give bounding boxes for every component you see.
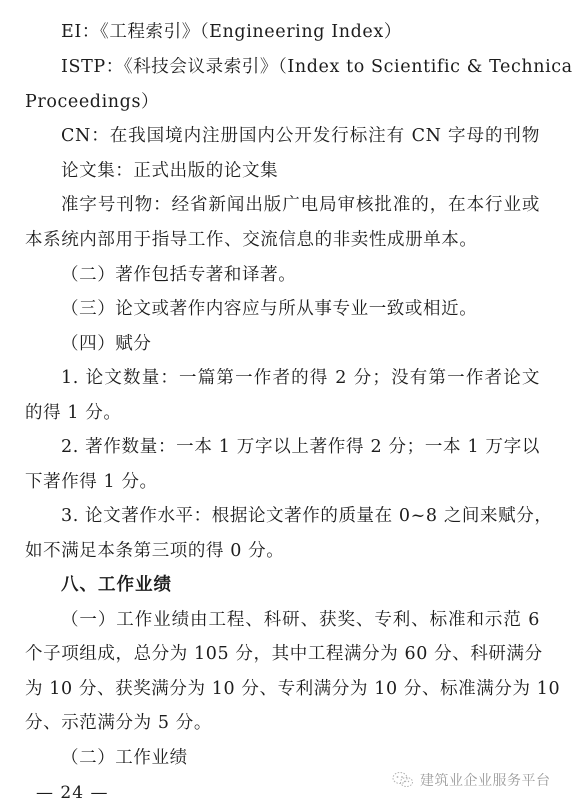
text-line-performance-1-cont-a: 个子项组成，总分为 105 分，其中工程满分为 60 分、科研满分	[25, 643, 540, 665]
text-line-score-2-cont: 下著作得 1 分。	[25, 471, 545, 493]
text-line-proceedings: 论文集：正式出版的论文集	[61, 160, 572, 182]
text-line-item-two: （二）著作包括专著和译著。	[61, 264, 572, 286]
text-line-score-1: 1. 论文数量：一篇第一作者的得 2 分；没有第一作者论文	[61, 367, 540, 389]
text-line-performance-2: （二）工作业绩	[61, 747, 572, 769]
text-line-performance-1-cont-b: 为 10 分、获奖满分为 10 分、专利满分为 10 分、标准满分为 10	[25, 678, 540, 700]
section-heading: 八、工作业绩	[61, 574, 572, 596]
wechat-icon	[392, 771, 414, 789]
text-line-ei: EI：《工程索引》（Engineering Index）	[61, 21, 572, 43]
document-page: EI：《工程索引》（Engineering Index） ISTP：《科技会议录…	[0, 0, 572, 805]
watermark-text: 建筑业企业服务平台	[420, 770, 551, 790]
text-line-internal-journal: 准字号刊物：经省新闻出版广电局审核批准的，在本行业或	[61, 194, 540, 216]
text-line-item-four: （四）赋分	[61, 333, 572, 355]
text-line-istp: ISTP：《科技会议录索引》（Index to Scientific & Tec…	[61, 56, 540, 78]
text-line-performance-1-cont-c: 分、示范满分为 5 分。	[25, 712, 545, 734]
text-line-score-2: 2. 著作数量：一本 1 万字以上著作得 2 分；一本 1 万字以	[61, 436, 540, 458]
text-line-istp-cont: Proceedings）	[25, 91, 545, 113]
text-line-score-1-cont: 的得 1 分。	[25, 402, 545, 424]
text-line-score-3: 3. 论文著作水平：根据论文著作的质量在 0~8 之间来赋分，	[61, 505, 540, 527]
page-number: — 24 —	[36, 783, 108, 803]
text-line-cn: CN：在我国境内注册国内公开发行标注有 CN 字母的刊物	[61, 125, 540, 147]
text-line-internal-journal-cont: 本系统内部用于指导工作、交流信息的非卖性成册单本。	[25, 229, 545, 251]
watermark: 建筑业企业服务平台	[392, 768, 551, 792]
text-line-performance-1: （一）工作业绩由工程、科研、获奖、专利、标准和示范 6	[61, 609, 540, 631]
text-line-score-3-cont: 如不满足本条第三项的得 0 分。	[25, 540, 545, 562]
text-line-item-three: （三）论文或著作内容应与所从事专业一致或相近。	[61, 298, 572, 320]
